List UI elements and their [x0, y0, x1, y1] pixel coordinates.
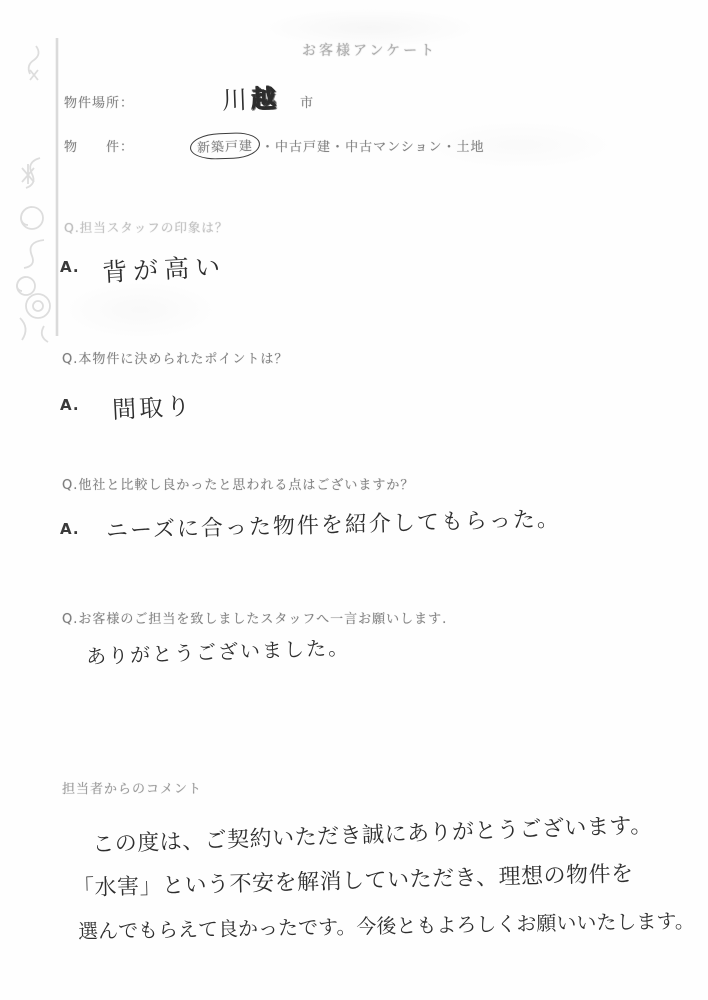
separator: ・: [442, 140, 456, 155]
floral-border-ornament: [0, 18, 70, 348]
form-title: お客様アンケート: [302, 40, 437, 60]
staff-comment-line-3: 選んでもらえて良かったです。今後ともよろしくお願いいたします。: [78, 905, 695, 945]
answer-3-handwritten: ニーズに合った物件を紹介してもらった。: [106, 502, 562, 545]
separator: ・: [331, 140, 345, 155]
property-type-label: 物 件：: [64, 136, 134, 155]
answer-2-handwritten: 間取り: [111, 386, 194, 425]
property-type-option-selected: 新築戸建: [190, 132, 261, 160]
answer-1-prefix: A.: [60, 258, 80, 276]
separator: ・: [261, 140, 275, 155]
location-city-char: 川: [222, 85, 252, 115]
question-1-label: Q.担当スタッフの印象は？: [64, 218, 228, 236]
answer-1-handwritten: 背が高い: [101, 247, 227, 289]
property-type-option: 中古マンション: [345, 140, 442, 155]
location-label: 物件場所：: [64, 92, 134, 111]
answer-4-handwritten: ありがとうございました。: [86, 631, 351, 669]
question-2-label: Q.本物件に決められたポイントは？: [62, 348, 288, 367]
question-3-label: Q.他社と比較し良かったと思われる点はございますか？: [62, 474, 414, 493]
question-4-label: Q.お客様のご担当を致しましたスタッフへ一言お願いします.: [62, 608, 447, 627]
staff-comment-line-2: 「水害」という不安を解消していただき、理想の物件を: [72, 857, 634, 903]
property-type-options: 新築戸建・中古戸建・中古マンション・土地: [196, 136, 485, 156]
staff-comment-label: 担当者からのコメント: [62, 778, 202, 797]
property-type-option: 中古戸建: [275, 140, 331, 155]
answer-3-prefix: A.: [60, 520, 80, 538]
location-suffix: 市: [300, 92, 314, 111]
scan-smudge: [60, 280, 220, 340]
staff-comment-line-1: この度は、ご契約いただき誠にありがとうございます。: [92, 808, 653, 859]
location-handwritten-value: 川越: [221, 79, 280, 117]
scanned-survey-page: お客様アンケート 物件場所： 川越 市 物 件： 新築戸建・中古戸建・中古マンシ…: [0, 0, 708, 1000]
location-scribbled-char: 越: [251, 84, 281, 114]
property-type-option: 土地: [457, 140, 485, 155]
answer-2-prefix: A.: [60, 396, 80, 414]
